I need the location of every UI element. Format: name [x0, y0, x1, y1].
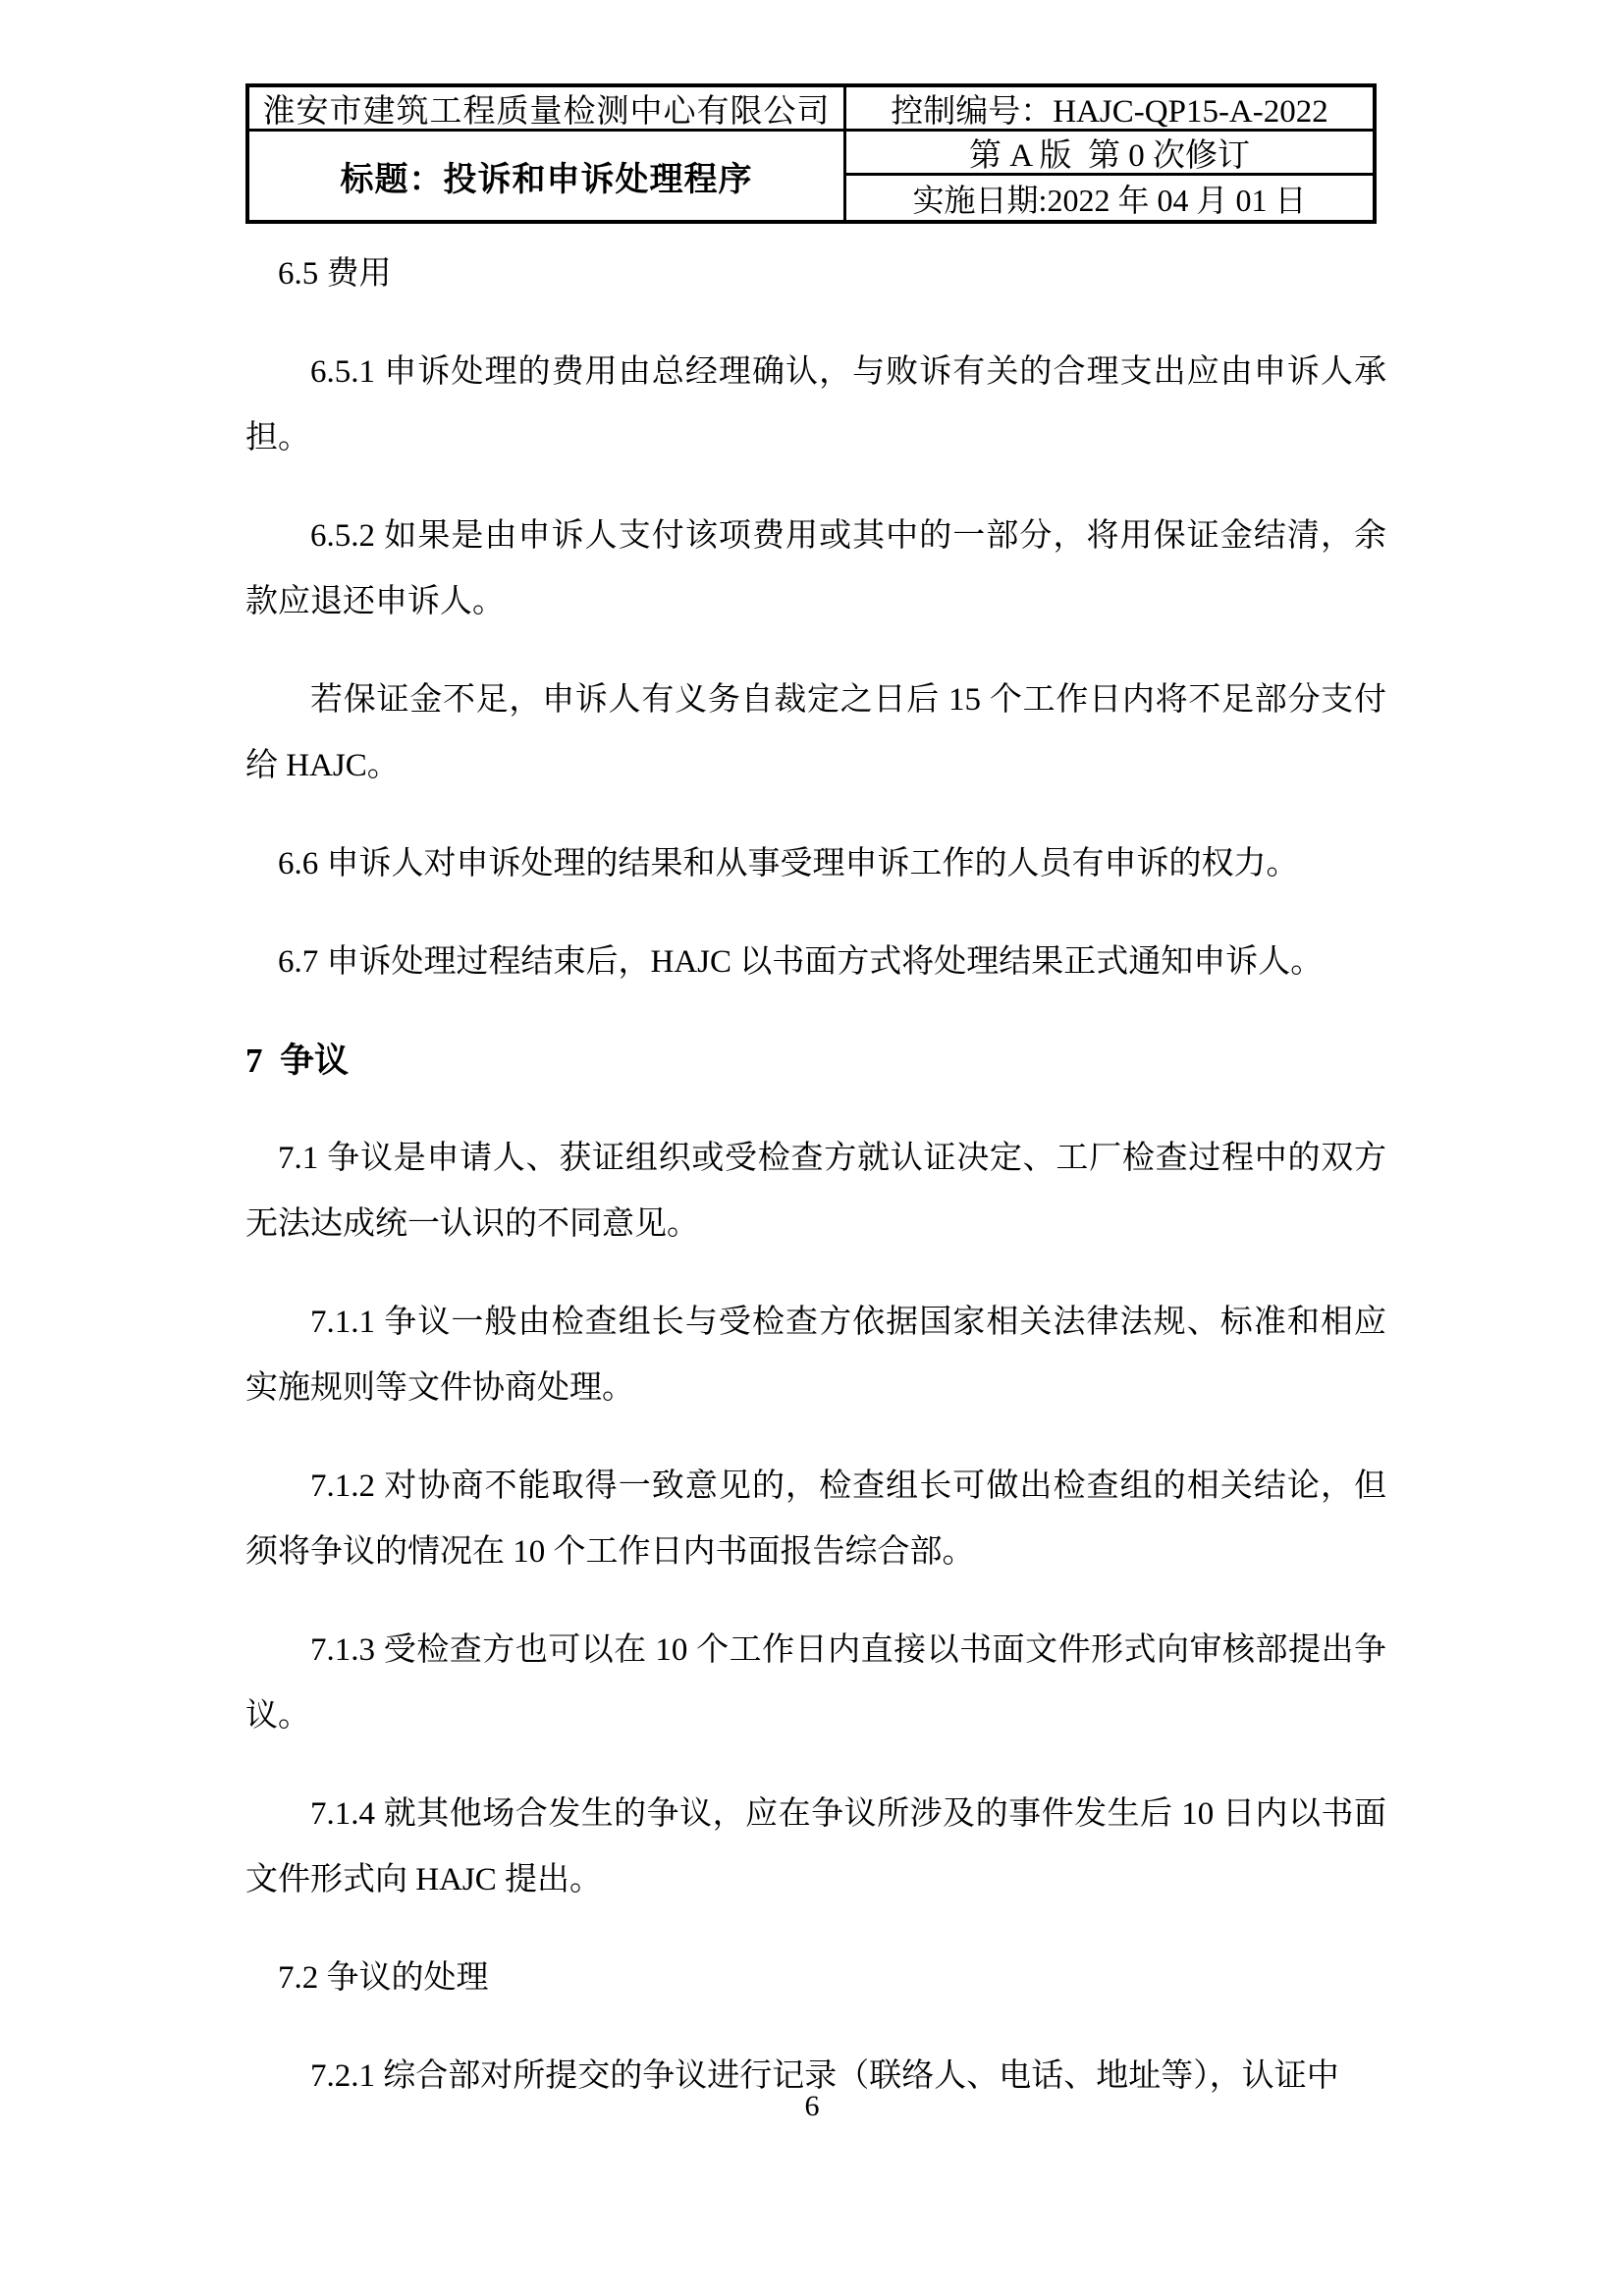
paragraph: 7.1.2 对协商不能取得一致意见的，检查组长可做出检查组的相关结论，但须将争议…	[245, 1454, 1386, 1585]
version-revision: 第 A 版 第 0 次修订	[846, 132, 1373, 176]
paragraph: 若保证金不足，申诉人有义务自裁定之日后 15 个工作日内将不足部分支付给 HAJ…	[245, 667, 1386, 799]
paragraph: 7 争议	[245, 1028, 1386, 1094]
paragraph: 7.2 争议的处理	[245, 1946, 1386, 2011]
company-name: 淮安市建筑工程质量检测中心有限公司	[249, 87, 846, 132]
paragraph: 6.5 费用	[245, 241, 1386, 307]
paragraph: 7.1.1 争议一般由检查组长与受检查方依据国家相关法律法规、标准和相应实施规则…	[245, 1290, 1386, 1421]
paragraph: 6.5.1 申诉处理的费用由总经理确认，与败诉有关的合理支出应由申诉人承担。	[245, 340, 1386, 471]
paragraph: 6.6 申诉人对申诉处理的结果和从事受理申诉工作的人员有申诉的权力。	[245, 831, 1386, 897]
paragraph: 7.1 争议是申请人、获证组织或受检查方就认证决定、工厂检查过程中的双方无法达成…	[245, 1126, 1386, 1257]
control-number: 控制编号：HAJC-QP15-A-2022	[846, 87, 1373, 132]
paragraph: 7.1.4 就其他场合发生的争议，应在争议所涉及的事件发生后 10 日内以书面文…	[245, 1782, 1386, 1913]
implementation-date: 实施日期:2022 年 04 月 01 日	[846, 176, 1373, 220]
header-table: 淮安市建筑工程质量检测中心有限公司 标题：投诉和申诉处理程序 控制编号：HAJC…	[245, 83, 1377, 224]
page: 淮安市建筑工程质量检测中心有限公司 标题：投诉和申诉处理程序 控制编号：HAJC…	[0, 0, 1624, 2296]
paragraph: 6.5.2 如果是由申诉人支付该项费用或其中的一部分，将用保证金结清，余款应退还…	[245, 504, 1386, 635]
page-number: 6	[0, 2089, 1624, 2124]
doc-title: 标题：投诉和申诉处理程序	[249, 132, 846, 220]
paragraph: 7.1.3 受检查方也可以在 10 个工作日内直接以书面文件形式向审核部提出争议…	[245, 1618, 1386, 1749]
paragraph: 6.7 申诉处理过程结束后，HAJC 以书面方式将处理结果正式通知申诉人。	[245, 930, 1386, 995]
document-body: 6.5 费用6.5.1 申诉处理的费用由总经理确认，与败诉有关的合理支出应由申诉…	[245, 241, 1386, 2142]
